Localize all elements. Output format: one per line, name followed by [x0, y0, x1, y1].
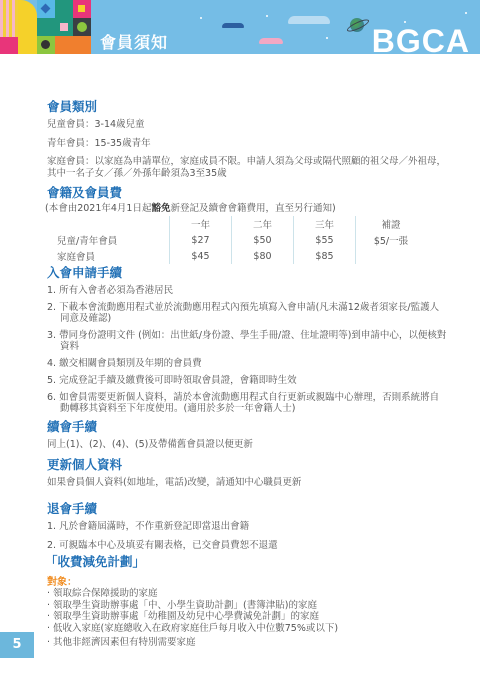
list-item: 3. 帶同身份證明文件 (例如：出世紙/身份證、學生手冊/證、住址證明等)到申請…	[47, 330, 447, 352]
update-info-text: 如果會員個人資料(如地址，電話)改變，請通知中心職員更新	[47, 476, 301, 489]
section-heading: 會籍及會員費	[47, 184, 426, 202]
fee-waiver-list: · 領取綜合保障援助的家庭 · 領取學生資助辦事處「中、小學生資助計劃」(書簿津…	[47, 588, 338, 649]
section-heading: 退會手續	[47, 500, 278, 518]
withdrawal-item: 1. 凡於會籍屆滿時，不作重新登記即當退出會籍	[47, 520, 278, 533]
section-heading: 「收費減免計劃」	[45, 553, 338, 571]
list-item: 2. 下載本會流動應用程式並於流動應用程式內預先填寫入會申請(凡未滿12歲者須家…	[47, 302, 447, 324]
list-item: 6. 如會員需要更新個人資料，請於本會流動應用程式自行更新或親臨中心辦理，否則系…	[47, 392, 447, 414]
star-icon	[200, 17, 202, 19]
list-item: · 其他非經濟因素但有特別需要家庭	[47, 637, 338, 649]
list-item: 5. 完成登記手續及繳費後可即時領取會員證，會籍即時生效	[47, 375, 447, 386]
section-renewal: 續會手續 同上(1)、(2)、(4)、(5)及帶備舊會員證以便更新	[47, 418, 253, 451]
brand-logo: BGCA	[372, 26, 470, 54]
row-label: 兒童/青年會員	[45, 232, 169, 248]
cloud-icon	[288, 16, 330, 24]
column-header: 一年	[170, 216, 231, 232]
page-title: 會員須知	[100, 30, 168, 53]
application-steps: 1. 所有入會者必須為香港居民 2. 下載本會流動應用程式並於流動應用程式內預先…	[47, 285, 447, 414]
page-number: 5	[0, 632, 34, 658]
membership-type-youth: 青年會員：15-35歲青年	[47, 137, 447, 150]
section-heading: 入會申請手續	[47, 264, 447, 282]
membership-type-family: 家庭會員：以家庭為申請單位，家庭成員不限。申請人須為父母或隔代照顧的祖父母／外祖…	[47, 156, 447, 179]
list-item: · 領取學生資助辦事處「幼稚園及幼兒中心學費減免計劃」的家庭	[47, 611, 338, 623]
section-update-info: 更新個人資料 如果會員個人資料(如地址，電話)改變，請通知中心職員更新	[47, 456, 301, 489]
section-application: 入會申請手續 1. 所有入會者必須為香港居民 2. 下載本會流動應用程式並於流動…	[47, 264, 447, 420]
column-header: 二年	[232, 216, 293, 232]
section-heading: 更新個人資料	[47, 456, 301, 474]
withdrawal-item: 2. 可親臨本中心及填妥有關表格，已交會員費恕不退還	[47, 539, 278, 552]
fees-header-row: 一年 二年 三年 補證	[45, 216, 426, 232]
table-row: 家庭會員 $45 $80 $85	[45, 248, 426, 264]
table-row: 兒童/青年會員 $27 $50 $55 $5/一張	[45, 232, 426, 248]
star-icon	[266, 15, 268, 17]
section-heading: 續會手續	[47, 418, 253, 436]
cloud-icon	[259, 38, 283, 44]
star-icon	[326, 37, 328, 39]
list-item: 1. 所有入會者必須為香港居民	[47, 285, 447, 296]
membership-type-child: 兒童會員：3-14歲兒童	[47, 118, 447, 131]
decorative-mosaic	[0, 0, 91, 54]
section-heading: 會員類別	[47, 98, 447, 116]
header-banner: 會員須知 BGCA	[0, 0, 480, 54]
list-item: · 領取學生資助辦事處「中、小學生資助計劃」(書簿津貼)的家庭	[47, 600, 338, 612]
fees-table: 一年 二年 三年 補證 兒童/青年會員 $27 $50 $55 $5/一張 家庭…	[45, 216, 426, 264]
fees-note: (本會由2021年4月1日起豁免新登記及續會會籍費用，直至另行通知)	[45, 202, 426, 215]
list-item: 4. 繳交相關會員類別及年期的會員費	[47, 358, 447, 369]
section-fee-waiver: 「收費減免計劃」 對象： · 領取綜合保障援助的家庭 · 領取學生資助辦事處「中…	[47, 553, 338, 649]
column-header: 三年	[294, 216, 355, 232]
star-icon	[465, 12, 467, 14]
column-header: 補證	[356, 216, 426, 232]
section-membership-types: 會員類別 兒童會員：3-14歲兒童 青年會員：15-35歲青年 家庭會員：以家庭…	[47, 98, 447, 179]
list-item: · 領取綜合保障援助的家庭	[47, 588, 338, 600]
target-label: 對象：	[47, 573, 338, 588]
cloud-icon	[222, 23, 244, 28]
section-withdrawal: 退會手續 1. 凡於會籍屆滿時，不作重新登記即當退出會籍 2. 可親臨本中心及填…	[47, 500, 278, 552]
row-label: 家庭會員	[45, 248, 169, 264]
list-item: · 低收入家庭(家庭總收入在政府家庭住戶每月收入中位數75%或以下)	[47, 623, 338, 635]
section-fees: 會籍及會員費 (本會由2021年4月1日起豁免新登記及續會會籍費用，直至另行通知…	[47, 184, 426, 264]
renewal-text: 同上(1)、(2)、(4)、(5)及帶備舊會員證以便更新	[47, 438, 253, 451]
